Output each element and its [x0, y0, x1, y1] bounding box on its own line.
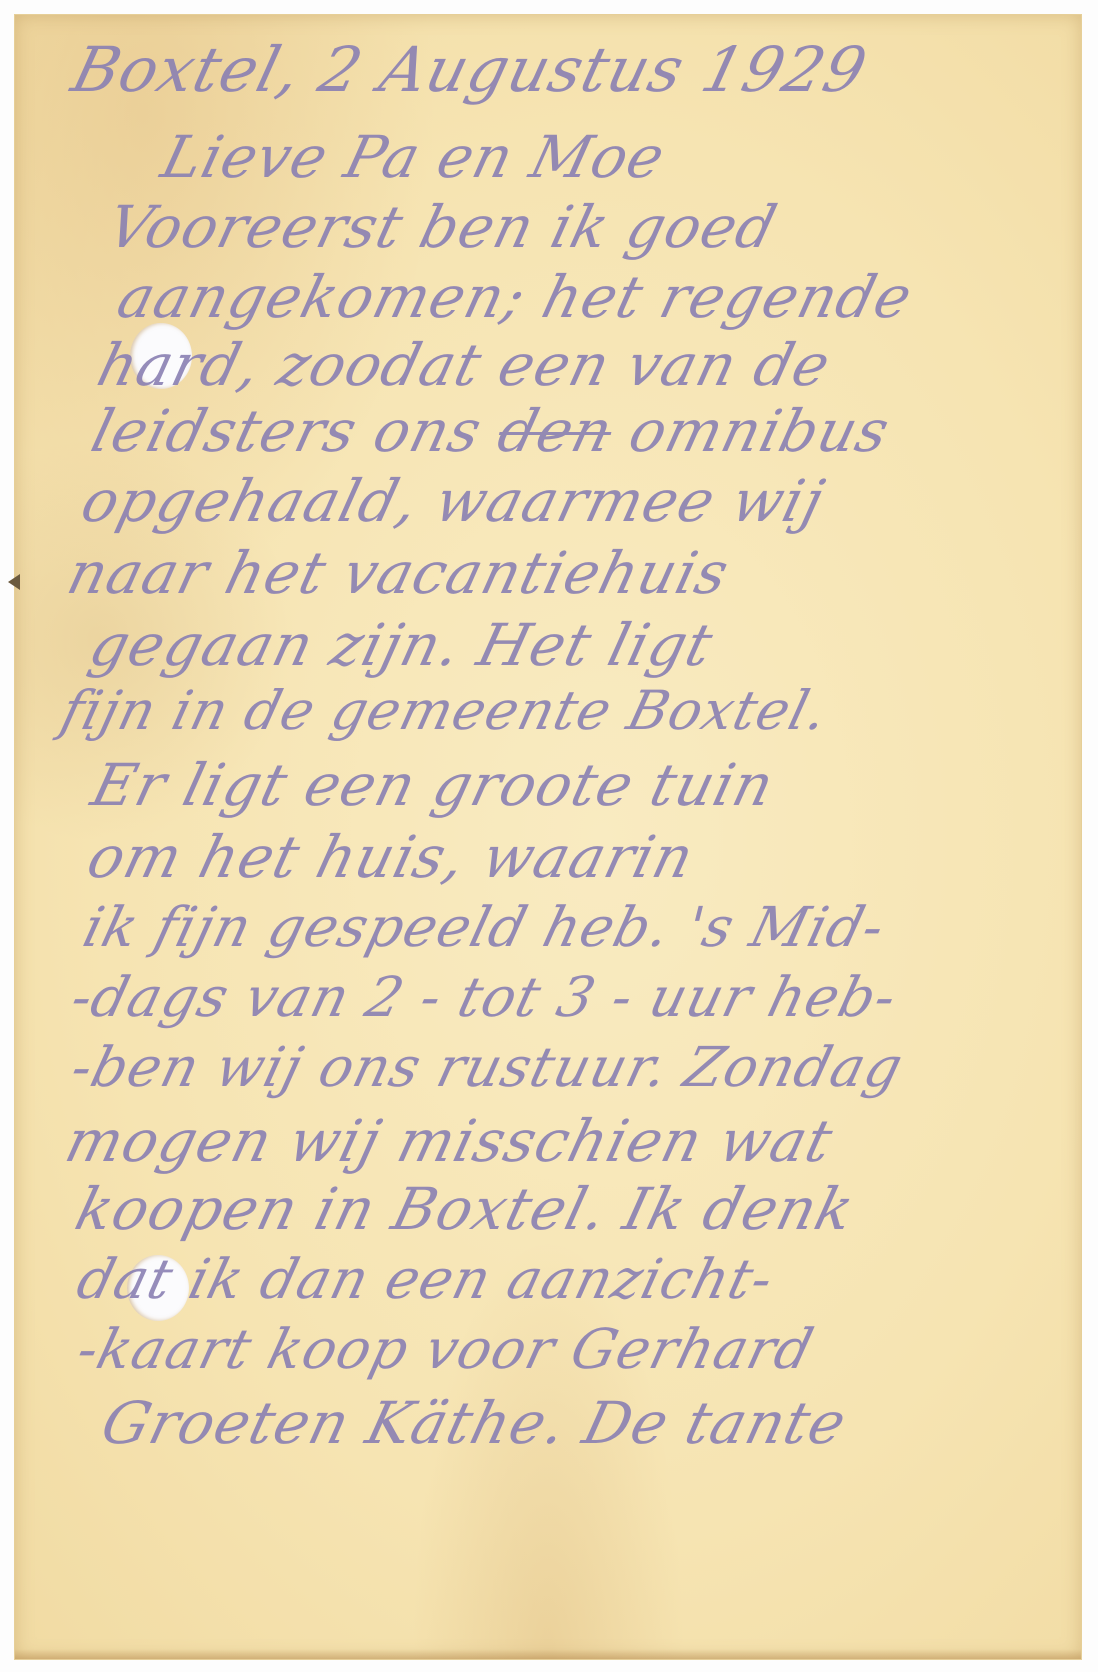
letter-line: om het huis, waarin	[81, 823, 701, 891]
letter-line: -kaart koop voor Gerhard	[71, 1317, 820, 1381]
letter-line: -dags van 2 - tot 3 - uur heb-	[65, 965, 904, 1029]
letter-line: -ben wij ons rustuur. Zondag	[65, 1035, 910, 1099]
letter-line: Vooreerst ben ik goed	[101, 193, 784, 261]
letter-line: naar het vacantiehuis	[61, 539, 736, 607]
letter-line: koopen in Boxtel. Ik denk	[69, 1175, 861, 1243]
letter-word: omnibus	[623, 397, 897, 465]
letter-line: aangekomen; het regende	[111, 263, 919, 331]
letter-line: gegaan zijn. Het ligt	[83, 611, 720, 679]
letter-line: leidsters ons den omnibus	[85, 397, 897, 465]
letter-line: Er ligt een groote tuin	[85, 751, 781, 819]
salutation-line: Lieve Pa en Moe	[155, 123, 672, 191]
letter-line: opgehaald, waarmee wij	[75, 467, 831, 535]
postcard: Boxtel, 2 Augustus 1929 Lieve Pa en Moe …	[14, 14, 1082, 1660]
letter-line: fijn in de gemeente Boxtel.	[55, 679, 835, 742]
place-date-line: Boxtel, 2 Augustus 1929	[65, 33, 874, 106]
letter-line: Groeten Käthe. De tante	[95, 1389, 854, 1457]
letter-line: dat ik dan een aanzicht-	[71, 1247, 780, 1311]
card-edge-notch	[8, 574, 20, 590]
letter-line: mogen wij misschien wat	[59, 1107, 840, 1175]
letter-line: hard, zoodat een van de	[91, 331, 838, 399]
letter-line: ik fijn gespeeld heb. 's Mid-	[77, 895, 892, 959]
letter-word: leidsters ons	[85, 397, 489, 465]
struck-word: den	[491, 397, 620, 465]
